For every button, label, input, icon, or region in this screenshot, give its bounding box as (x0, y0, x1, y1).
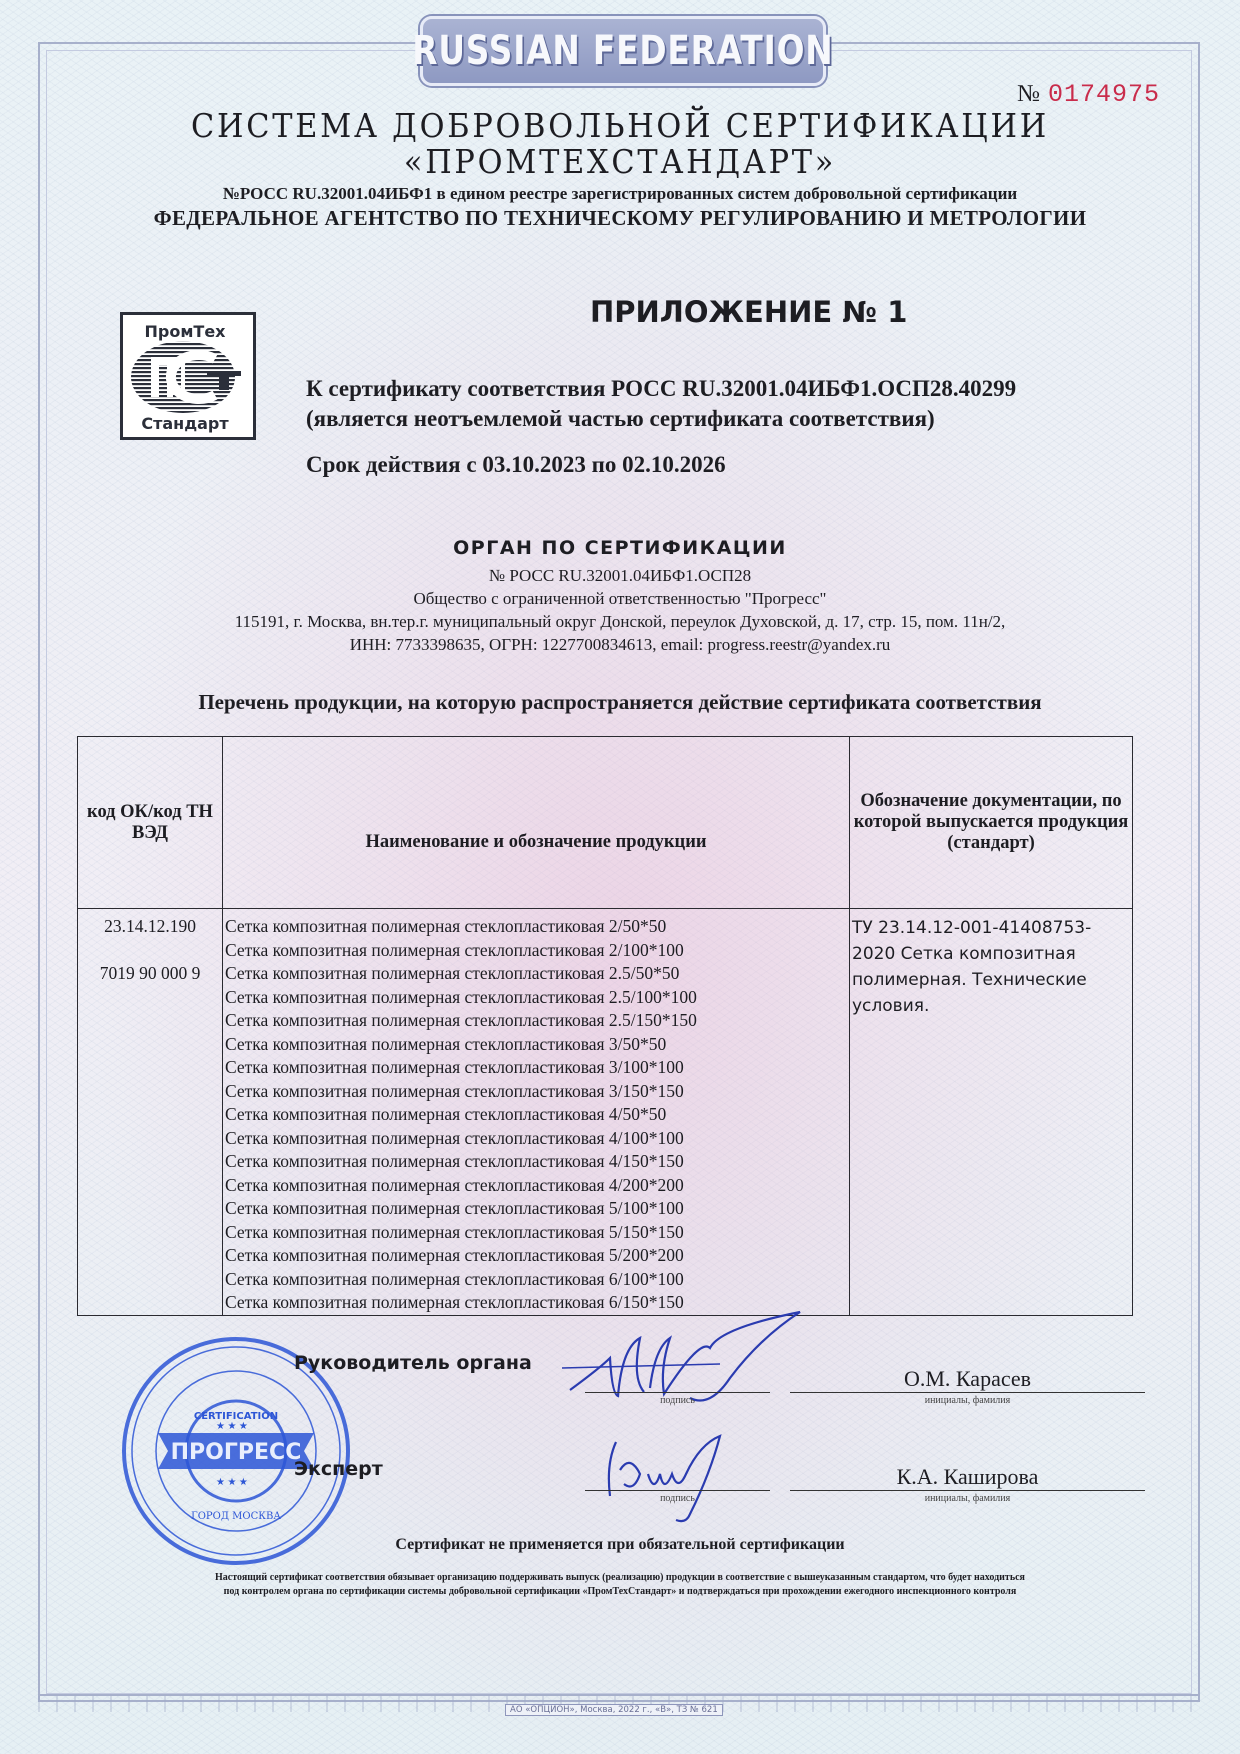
product-name: Сетка композитная полимерная стеклопласт… (225, 986, 849, 1010)
head-name: О.М. Карасев (790, 1366, 1145, 1392)
header-doc: Обозначение документации, по которой вып… (850, 737, 1133, 909)
svg-text:ГОРОД МОСКВА: ГОРОД МОСКВА (191, 1511, 281, 1522)
product-name: Сетка композитная полимерная стеклопласт… (225, 1244, 849, 1268)
product-name: Сетка композитная полимерная стеклопласт… (225, 1197, 849, 1221)
agency-name: ФЕДЕРАЛЬНОЕ АГЕНТСТВО ПО ТЕХНИЧЕСКОМУ РЕ… (0, 206, 1240, 231)
mandatory-notice: Сертификат не применяется при обязательн… (0, 1536, 1240, 1554)
organ-details: № РОСС RU.32001.04ИБФ1.ОСП28 Общество с … (0, 564, 1240, 656)
product-name: Сетка композитная полимерная стеклопласт… (225, 939, 849, 963)
head-name-line (790, 1392, 1145, 1393)
product-name: Сетка композитная полимерная стеклопласт… (225, 1127, 849, 1151)
appendix-title: ПРИЛОЖЕНИЕ № 1 (590, 295, 907, 329)
expert-name-caption: инициалы, фамилия (790, 1493, 1145, 1504)
products-list-title: Перечень продукции, на которую распростр… (0, 690, 1240, 715)
product-name: Сетка композитная полимерная стеклопласт… (225, 962, 849, 986)
expert-role-label: Эксперт (294, 1458, 383, 1480)
products-table: код ОК/код ТН ВЭД Наименование и обознач… (77, 736, 1133, 1316)
organ-address: 115191, г. Москва, вн.тер.г. муниципальн… (0, 610, 1240, 633)
head-name-caption: инициалы, фамилия (790, 1395, 1145, 1406)
organ-name: Общество с ограниченной ответственностью… (0, 587, 1240, 610)
organ-ids: ИНН: 7733398635, ОГРН: 1227700834613, em… (0, 633, 1240, 656)
expert-signature-line (585, 1490, 770, 1491)
product-name: Сетка композитная полимерная стеклопласт… (225, 915, 849, 939)
certificate-number: №0174975 (1017, 80, 1160, 109)
number-sign: № (1017, 81, 1040, 107)
expert-signature (590, 1434, 790, 1524)
fineprint-line: Настоящий сертификат соответствия обязыв… (0, 1571, 1240, 1585)
printer-mark: АО «ОПЦИОН», Москва, 2022 г., «В», ТЗ № … (505, 1704, 723, 1716)
head-signature-caption: подпись (585, 1395, 770, 1406)
header-code: код ОК/код ТН ВЭД (78, 737, 223, 909)
product-name: Сетка композитная полимерная стеклопласт… (225, 1080, 849, 1104)
svg-text:Стандарт: Стандарт (141, 414, 229, 433)
code-cell: 23.14.12.190 7019 90 000 9 (78, 909, 223, 1316)
code-value (79, 939, 221, 963)
validity-period: Срок действия с 03.10.2023 по 02.10.2026 (306, 452, 726, 478)
svg-text:ПРОГРЕСС: ПРОГРЕСС (171, 1440, 302, 1465)
product-name: Сетка композитная полимерная стеклопласт… (225, 1221, 849, 1245)
table-header-row: код ОК/код ТН ВЭД Наименование и обознач… (78, 737, 1133, 909)
registry-line: №РОСС RU.32001.04ИБФ1 в едином реестре з… (0, 184, 1240, 204)
promtekhstandart-logo: ПромТех Стандарт (120, 312, 256, 440)
certificate-number-value: 0174975 (1048, 80, 1160, 109)
doc-cell: ТУ 23.14.12-001-41408753-2020 Сетка комп… (850, 909, 1133, 1316)
product-name: Сетка композитная полимерная стеклопласт… (225, 1103, 849, 1127)
product-name: Сетка композитная полимерная стеклопласт… (225, 1174, 849, 1198)
integral-note: (является неотъемлемой частью сертификат… (306, 404, 1016, 434)
product-name: Сетка композитная полимерная стеклопласт… (225, 1009, 849, 1033)
product-name: Сетка композитная полимерная стеклопласт… (225, 1150, 849, 1174)
banner-text: RUSSIAN FEDERATION (412, 28, 833, 74)
fineprint: Настоящий сертификат соответствия обязыв… (0, 1571, 1240, 1599)
expert-name: К.А. Каширова (790, 1464, 1145, 1490)
product-name: Сетка композитная полимерная стеклопласт… (225, 1056, 849, 1080)
product-name: Сетка композитная полимерная стеклопласт… (225, 1033, 849, 1057)
system-title-line: СИСТЕМА ДОБРОВОЛЬНОЙ СЕРТИФИКАЦИИ (50, 108, 1191, 144)
country-banner: RUSSIAN FEDERATION (420, 16, 826, 86)
head-role-label: Руководитель органа (294, 1352, 532, 1374)
product-names-cell: Сетка композитная полимерная стеклопласт… (223, 909, 850, 1316)
fineprint-line: под контролем органа по сертификации сис… (0, 1585, 1240, 1599)
code-value: 23.14.12.190 (79, 915, 221, 939)
head-signature-line (585, 1392, 770, 1393)
product-name: Сетка композитная полимерная стеклопласт… (225, 1268, 849, 1292)
system-title: СИСТЕМА ДОБРОВОЛЬНОЙ СЕРТИФИКАЦИИ «ПРОМТ… (50, 108, 1191, 180)
organ-number: № РОСС RU.32001.04ИБФ1.ОСП28 (0, 564, 1240, 587)
header-name: Наименование и обозначение продукции (223, 737, 850, 909)
svg-text:★ ★ ★: ★ ★ ★ (216, 1421, 248, 1432)
expert-signature-caption: подпись (585, 1493, 770, 1504)
organ-title: ОРГАН ПО СЕРТИФИКАЦИИ (0, 537, 1240, 559)
expert-name-line (790, 1490, 1145, 1491)
table-row: 23.14.12.190 7019 90 000 9 Сетка компози… (78, 909, 1133, 1316)
certificate-reference: К сертификату соответствия РОСС RU.32001… (306, 374, 1016, 434)
system-name: «ПРОМТЕХСТАНДАРТ» (50, 144, 1191, 180)
code-value: 7019 90 000 9 (79, 962, 221, 986)
svg-text:ПромТех: ПромТех (145, 322, 227, 341)
svg-text:★ ★ ★: ★ ★ ★ (216, 1477, 248, 1488)
certificate-reference-line: К сертификату соответствия РОСС RU.32001… (306, 374, 1016, 404)
